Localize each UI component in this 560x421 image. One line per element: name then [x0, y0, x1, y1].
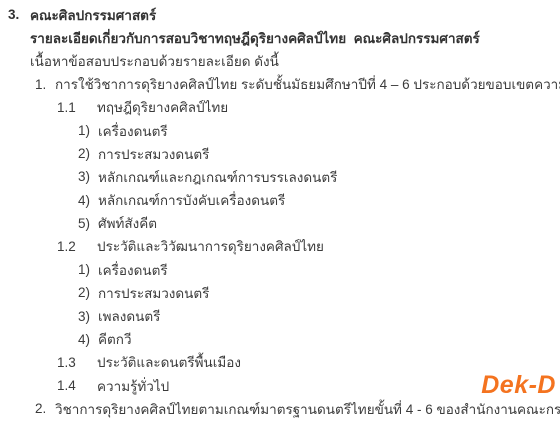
- document-page: 3. คณะศิลปกรรมศาสตร์ รายละเอียดเกี่ยวกับ…: [0, 0, 560, 421]
- heading-text: รายละเอียดเกี่ยวกับการสอบวิชาทฤษฎีดุริยา…: [30, 27, 480, 49]
- item-text: เครื่องดนตรี: [98, 259, 168, 281]
- dekd-logo: Dek-D: [481, 371, 556, 400]
- exam-details-heading: รายละเอียดเกี่ยวกับการสอบวิชาทฤษฎีดุริยา…: [0, 26, 560, 49]
- item-number: 1): [78, 262, 98, 277]
- item-number: 1.3: [57, 355, 97, 370]
- item-number: 1.1: [57, 100, 97, 115]
- item-number: 2.: [35, 401, 55, 416]
- list-item: 5) ศัพท์สังคีต: [0, 212, 560, 235]
- item-number: 5): [78, 216, 98, 231]
- item-number: 1.: [35, 77, 55, 92]
- list-item: 3) เพลงดนตรี: [0, 304, 560, 327]
- list-item: 4) หลักเกณฑ์การบังคับเครื่องดนตรี: [0, 189, 560, 212]
- item-number: 2): [78, 285, 98, 300]
- section-title: คณะศิลปกรรมศาสตร์: [30, 4, 156, 26]
- item-number: 3): [78, 169, 98, 184]
- list-item: 4) คีตกวี: [0, 328, 560, 351]
- list-item: 1.2 ประวัติและวิวัฒนาการดุริยางคศิลป์ไทย: [0, 235, 560, 258]
- item-text: หลักเกณฑ์การบังคับเครื่องดนตรี: [98, 189, 285, 211]
- item-text: ประวัติและวิวัฒนาการดุริยางคศิลป์ไทย: [97, 235, 324, 257]
- item-text: ทฤษฎีดุริยางคศิลป์ไทย: [97, 96, 228, 118]
- document-body: 3. คณะศิลปกรรมศาสตร์ รายละเอียดเกี่ยวกับ…: [0, 3, 560, 420]
- item-number: 1.2: [57, 239, 97, 254]
- item-text: เครื่องดนตรี: [98, 120, 168, 142]
- item-text: คีตกวี: [98, 328, 132, 350]
- item-number: 1): [78, 123, 98, 138]
- item-text: ความรู้ทั่วไป: [97, 375, 169, 397]
- list-item: 1.4 ความรู้ทั่วไป: [0, 374, 560, 397]
- item-text: การประสมวงดนตรี: [98, 143, 209, 165]
- list-item: 3) หลักเกณฑ์และกฎเกณฑ์การบรรเลงดนตรี: [0, 165, 560, 188]
- item-number: 3): [78, 309, 98, 324]
- item-text: ประวัติและดนตรีพื้นเมือง: [97, 351, 241, 373]
- faculty-section-heading: 3. คณะศิลปกรรมศาสตร์: [0, 3, 560, 26]
- item-text: หลักเกณฑ์และกฎเกณฑ์การบรรเลงดนตรี: [98, 166, 337, 188]
- item-number: 2): [78, 146, 98, 161]
- item-number: 1.4: [57, 378, 97, 393]
- content-intro-line: เนื้อหาข้อสอบประกอบด้วยรายละเอียด ดังนี้: [0, 49, 560, 72]
- item-text: การใช้วิชาการดุริยางคศิลป์ไทย ระดับชั้นม…: [55, 73, 560, 95]
- list-item: 1.1 ทฤษฎีดุริยางคศิลป์ไทย: [0, 96, 560, 119]
- list-item: 2) การประสมวงดนตรี: [0, 281, 560, 304]
- item-text: เพลงดนตรี: [98, 305, 160, 327]
- list-item: 1) เครื่องดนตรี: [0, 119, 560, 142]
- list-item: 1) เครื่องดนตรี: [0, 258, 560, 281]
- item-number: 4): [78, 193, 98, 208]
- item-text: การประสมวงดนตรี: [98, 282, 209, 304]
- list-item: 2) การประสมวงดนตรี: [0, 142, 560, 165]
- list-item: 1. การใช้วิชาการดุริยางคศิลป์ไทย ระดับชั…: [0, 73, 560, 96]
- item-number: 4): [78, 332, 98, 347]
- section-number: 3.: [8, 7, 30, 22]
- list-item: 1.3 ประวัติและดนตรีพื้นเมือง: [0, 351, 560, 374]
- list-item: 2. วิชาการดุริยางคศิลป์ไทยตามเกณฑ์มาตรฐา…: [0, 397, 560, 420]
- intro-text: เนื้อหาข้อสอบประกอบด้วยรายละเอียด ดังนี้: [30, 50, 279, 72]
- item-text: ศัพท์สังคีต: [98, 212, 157, 234]
- item-text: วิชาการดุริยางคศิลป์ไทยตามเกณฑ์มาตรฐานดน…: [55, 398, 560, 420]
